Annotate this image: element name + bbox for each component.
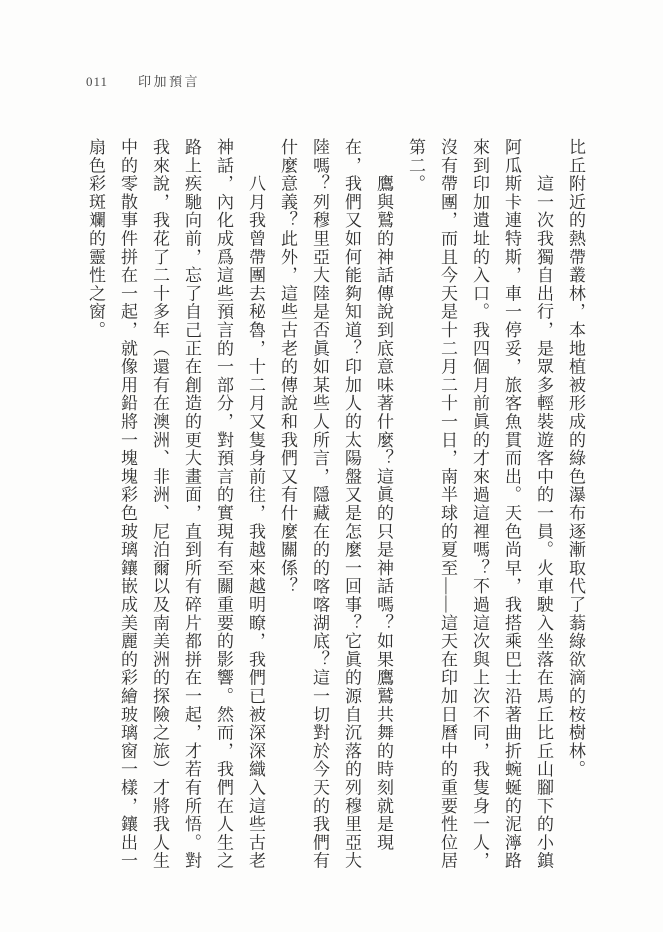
text-column: 這一次我獨自出行，是眾多輕裝遊客中的一員。火車駛入坐落在馬丘比丘山腳下的小鎮	[527, 138, 559, 883]
text-column: 什麼意義？此外，這些古老的傳說和我們又有什麼關係？	[271, 138, 303, 883]
page-number: 011	[86, 74, 108, 90]
text-column: 我來說，我花了二十多年（還有在澳洲、非洲、尼泊爾以及南美洲的探險之旅）才將我人生	[143, 138, 175, 883]
text-column: 第二。	[399, 138, 431, 883]
text-column: 鷹與鷲的神話傳說到底意味著什麼？這眞的只是神話嗎？如果鷹鷲共舞的時刻就是現	[367, 138, 399, 883]
text-column: 八月我曾帶團去秘魯，十二月又隻身前往，我越來越明瞭，我們已被深深織入這些古老	[239, 138, 271, 883]
text-column: 比丘附近的熱帶叢林，本地植被形成的綠色瀑布逐漸取代了蓊綠欲滴的桉樹林。	[559, 138, 591, 883]
text-column: 阿瓜斯卡連特斯，車一停妥，旅客魚貫而出。天色尚早，我搭乘巴士沿著曲折蜿蜒的泥濘路	[495, 138, 527, 883]
book-page: 011 印加預言 比丘附近的熱帶叢林，本地植被形成的綠色瀑布逐漸取代了蓊綠欲滴的…	[0, 0, 663, 932]
text-column: 在，我們又如何能夠知道？印加人的太陽盤又是怎麼一回事？它眞的源自沉落的列穆里亞大	[335, 138, 367, 883]
text-column: 沒有帶團，而且今天是十二月二十一日，南半球的夏至——這天在印加日曆中的重要性位居	[431, 138, 463, 883]
book-title: 印加預言	[138, 71, 200, 90]
text-column: 扇色彩斑斕的靈性之窗。	[79, 138, 111, 883]
text-column: 中的零散事件拼在一起，就像用鉛將一塊塊彩色玻璃鑲嵌成美麗的彩繪玻璃窗一樣，鑲出一	[111, 138, 143, 883]
page-header: 011 印加預言	[86, 71, 200, 90]
text-column: 路上疾馳向前，忘了自己正在創造的更大畫面，直到所有碎片都拼在一起，才若有所悟。對	[175, 138, 207, 883]
body-text: 比丘附近的熱帶叢林，本地植被形成的綠色瀑布逐漸取代了蓊綠欲滴的桉樹林。 這一次我…	[79, 138, 591, 883]
text-column: 來到印加遺址的入口。我四個月前眞的才來過這裡嗎？不過這次與上次不同，我隻身一人，	[463, 138, 495, 883]
text-column: 陸嗎？列穆里亞大陸是否眞如某些人所言，隱藏在的的喀喀湖底？這一切對於今天的我們有	[303, 138, 335, 883]
text-column: 神話，內化成爲這些預言的一部分，對預言的實現有至關重要的影響。然而，我們在人生之	[207, 138, 239, 883]
